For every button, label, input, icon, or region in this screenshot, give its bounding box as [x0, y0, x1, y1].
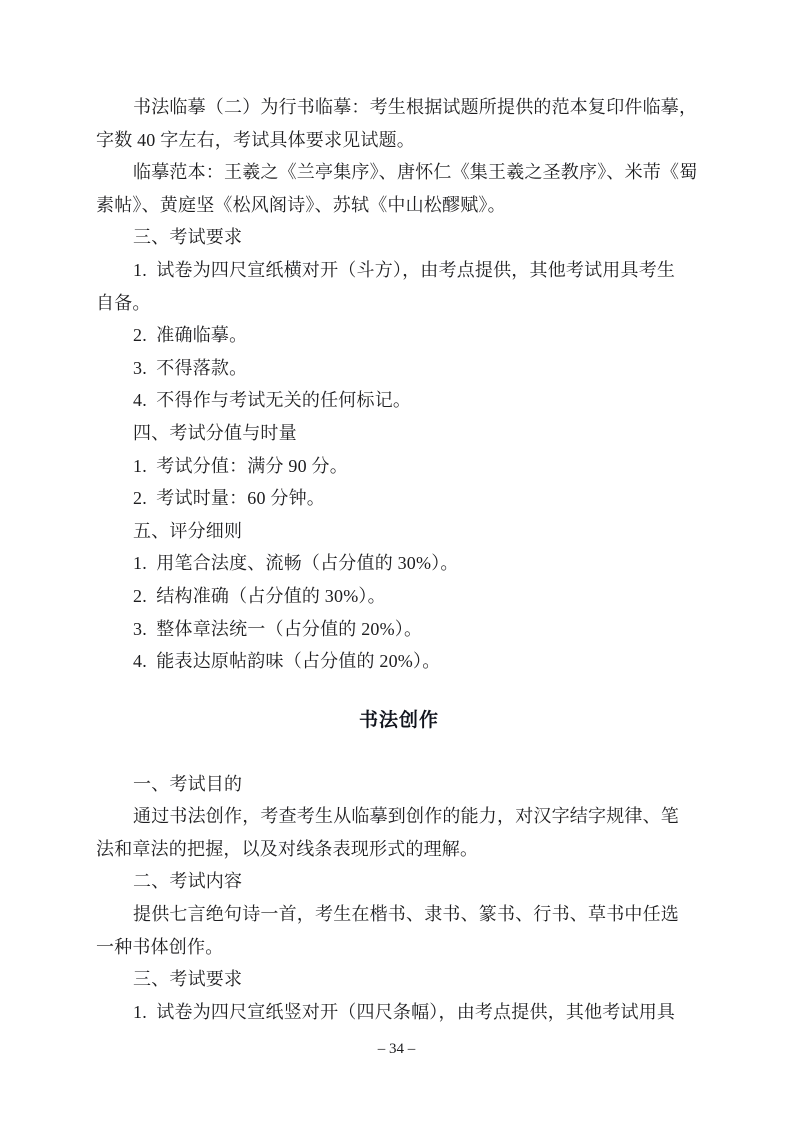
text-line-list-item: 2. 考试时量：60 分钟。 [96, 482, 702, 515]
text-line: 自备。 [96, 287, 702, 320]
text-line-list-item: 2. 准确临摹。 [96, 319, 702, 352]
text-line-list-item: 2. 结构准确（占分值的 30%）。 [96, 580, 702, 613]
text-line-section-header: 四、考试分值与时量 [96, 417, 702, 450]
text-line: 临摹范本：王羲之《兰亭集序》、唐怀仁《集王羲之圣教序》、米芾《蜀 [96, 156, 702, 189]
text-line: 字数 40 字左右，考试具体要求见试题。 [96, 124, 702, 157]
text-line-section-header: 一、考试目的 [96, 768, 702, 801]
text-line: 书法临摹（二）为行书临摹：考生根据试题所提供的范本复印件临摹， [96, 91, 702, 124]
text-line: 提供七言绝句诗一首，考生在楷书、隶书、篆书、行书、草书中任选 [96, 898, 702, 931]
document-content: 书法临摹（二）为行书临摹：考生根据试题所提供的范本复印件临摹， 字数 40 字左… [96, 0, 702, 1028]
text-line-section-header: 二、考试内容 [96, 865, 702, 898]
text-line-list-item: 1. 考试分值：满分 90 分。 [96, 450, 702, 483]
text-line-list-item: 4. 能表达原帖韵味（占分值的 20%）。 [96, 645, 702, 678]
text-line-list-item: 3. 整体章法统一（占分值的 20%）。 [96, 613, 702, 646]
text-line-list-item: 4. 不得作与考试无关的任何标记。 [96, 384, 702, 417]
text-line: 通过书法创作，考查考生从临摹到创作的能力，对汉字结字规律、笔 [96, 800, 702, 833]
text-line-list-item: 1. 试卷为四尺宣纸横对开（斗方），由考点提供，其他考试用具考生 [96, 254, 702, 287]
text-line: 法和章法的把握，以及对线条表现形式的理解。 [96, 833, 702, 866]
text-line-section-header: 三、考试要求 [96, 221, 702, 254]
text-line-list-item: 1. 试卷为四尺宣纸竖对开（四尺条幅），由考点提供，其他考试用具 [96, 996, 702, 1029]
text-line: 素帖》、黄庭坚《松风阁诗》、苏轼《中山松醪赋》。 [96, 189, 702, 222]
section-title: 书法创作 [96, 704, 702, 737]
text-line-list-item: 1. 用笔合法度、流畅（占分值的 30%）。 [96, 547, 702, 580]
text-line-list-item: 3. 不得落款。 [96, 352, 702, 385]
document-page: 书法临摹（二）为行书临摹：考生根据试题所提供的范本复印件临摹， 字数 40 字左… [0, 0, 793, 1122]
text-line-section-header: 五、评分细则 [96, 515, 702, 548]
page-number: – 34 – [0, 1042, 793, 1057]
text-line: 一种书体创作。 [96, 931, 702, 964]
text-line-section-header: 三、考试要求 [96, 963, 702, 996]
